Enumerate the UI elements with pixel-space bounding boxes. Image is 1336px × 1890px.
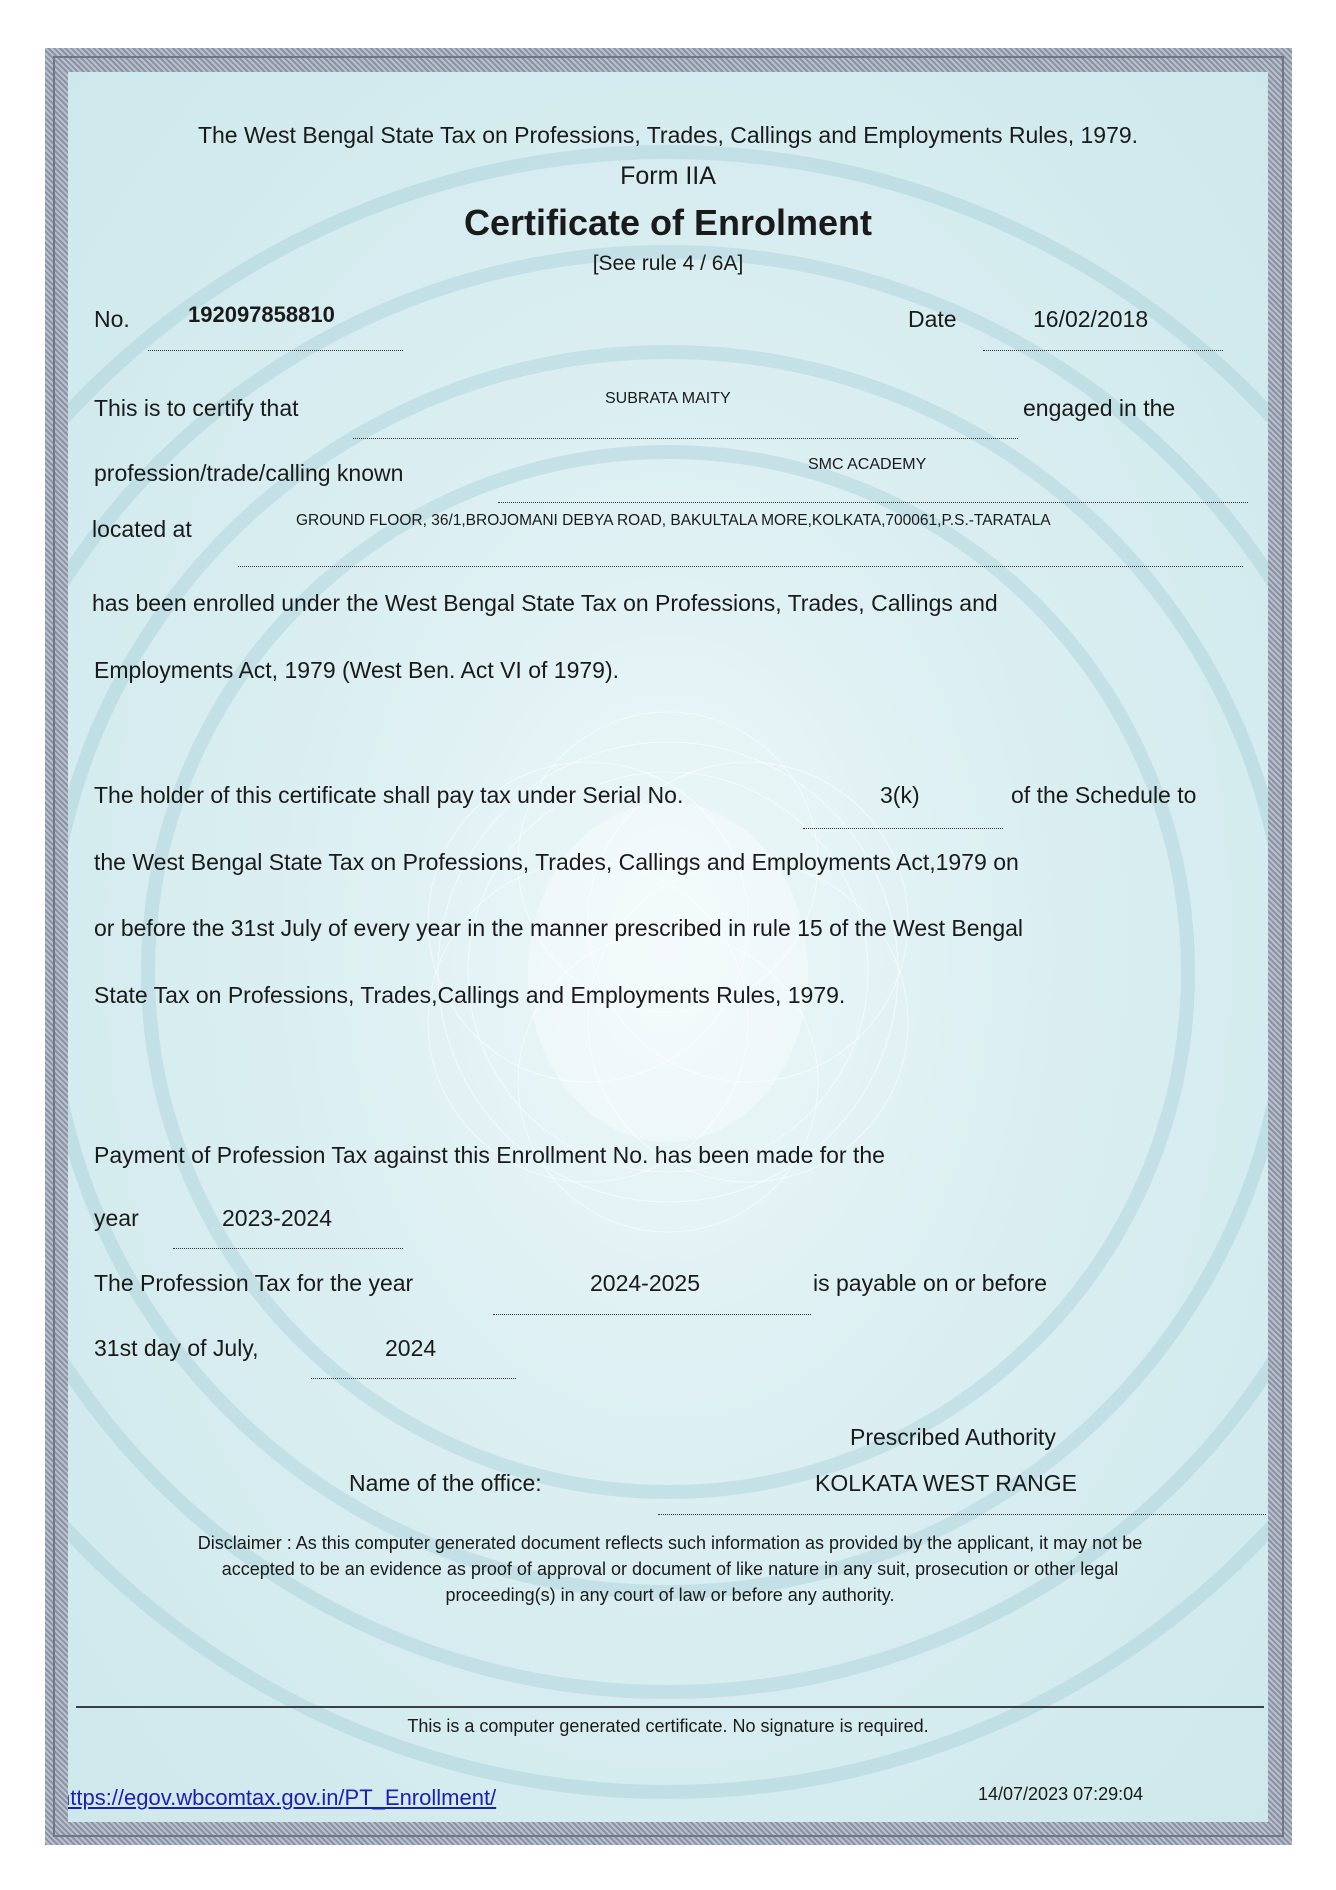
- paid-year-underline: [173, 1248, 403, 1249]
- address-underline: [238, 566, 1243, 567]
- due-day-year: 2024: [385, 1335, 436, 1362]
- tax-line-4: State Tax on Professions, Trades,Calling…: [94, 982, 845, 1009]
- date-value: 16/02/2018: [1033, 306, 1148, 333]
- business-name: SMC ACADEMY: [808, 456, 926, 474]
- generated-timestamp: 14/07/2023 07:29:04: [978, 1784, 1143, 1805]
- office-value: KOLKATA WEST RANGE: [815, 1470, 1077, 1497]
- due-suffix: is payable on or before: [813, 1270, 1047, 1297]
- enrolment-no-value: 192097858810: [188, 302, 335, 328]
- known-label: profession/trade/calling known: [94, 460, 403, 487]
- disclaimer-line-1: Disclaimer : As this computer generated …: [76, 1530, 1264, 1556]
- certificate-title: Certificate of Enrolment: [68, 202, 1268, 244]
- due-day-underline: [311, 1378, 516, 1379]
- office-underline: [658, 1514, 1266, 1515]
- enrolment-no-label: No.: [94, 306, 130, 333]
- holder-name: SUBRATA MAITY: [605, 390, 731, 408]
- paid-year-label: year: [94, 1205, 139, 1232]
- enrolled-line-2: Employments Act, 1979 (West Ben. Act VI …: [94, 657, 619, 684]
- tax-line-2: the West Bengal State Tax on Professions…: [94, 849, 1019, 876]
- paid-year-value: 2023-2024: [222, 1205, 332, 1232]
- due-year-value: 2024-2025: [590, 1270, 700, 1297]
- certify-suffix: engaged in the: [1023, 395, 1175, 422]
- holder-name-underline: [353, 438, 1018, 439]
- address-value: GROUND FLOOR, 36/1,BROJOMANI DEBYA ROAD,…: [296, 512, 1051, 530]
- certify-prefix: This is to certify that: [94, 395, 299, 422]
- disclaimer-line-2: accepted to be an evidence as proof of a…: [76, 1556, 1264, 1582]
- footer-divider: [76, 1706, 1264, 1708]
- date-label: Date: [908, 306, 957, 333]
- rules-title: The West Bengal State Tax on Professions…: [68, 122, 1268, 149]
- computer-generated-note: This is a computer generated certificate…: [68, 1716, 1268, 1737]
- located-label: located at: [92, 516, 192, 543]
- office-label: Name of the office:: [349, 1470, 542, 1497]
- prescribed-authority-title: Prescribed Authority: [850, 1424, 1056, 1451]
- enrollment-url-link[interactable]: https://egov.wbcomtax.gov.in/PT_Enrollme…: [68, 1785, 496, 1811]
- certificate-paper: The West Bengal State Tax on Professions…: [68, 72, 1268, 1822]
- due-day-label: 31st day of July,: [94, 1335, 259, 1362]
- form-name: Form IIA: [68, 162, 1268, 191]
- business-name-underline: [498, 502, 1248, 503]
- serial-no-underline: [803, 828, 1003, 829]
- holder-tax-prefix: The holder of this certificate shall pay…: [94, 782, 683, 809]
- due-prefix: The Profession Tax for the year: [94, 1270, 413, 1297]
- rule-reference: [See rule 4 / 6A]: [68, 252, 1268, 276]
- holder-tax-suffix: of the Schedule to: [1011, 782, 1196, 809]
- disclaimer-line-3: proceeding(s) in any court of law or bef…: [76, 1582, 1264, 1608]
- serial-no-value: 3(k): [880, 782, 920, 809]
- enrolled-line-1: has been enrolled under the West Bengal …: [92, 590, 998, 617]
- tax-line-3: or before the 31st July of every year in…: [94, 915, 1023, 942]
- date-underline: [983, 350, 1223, 351]
- due-year-underline: [493, 1314, 811, 1315]
- enrolment-no-underline: [148, 350, 403, 351]
- payment-line: Payment of Profession Tax against this E…: [94, 1142, 885, 1169]
